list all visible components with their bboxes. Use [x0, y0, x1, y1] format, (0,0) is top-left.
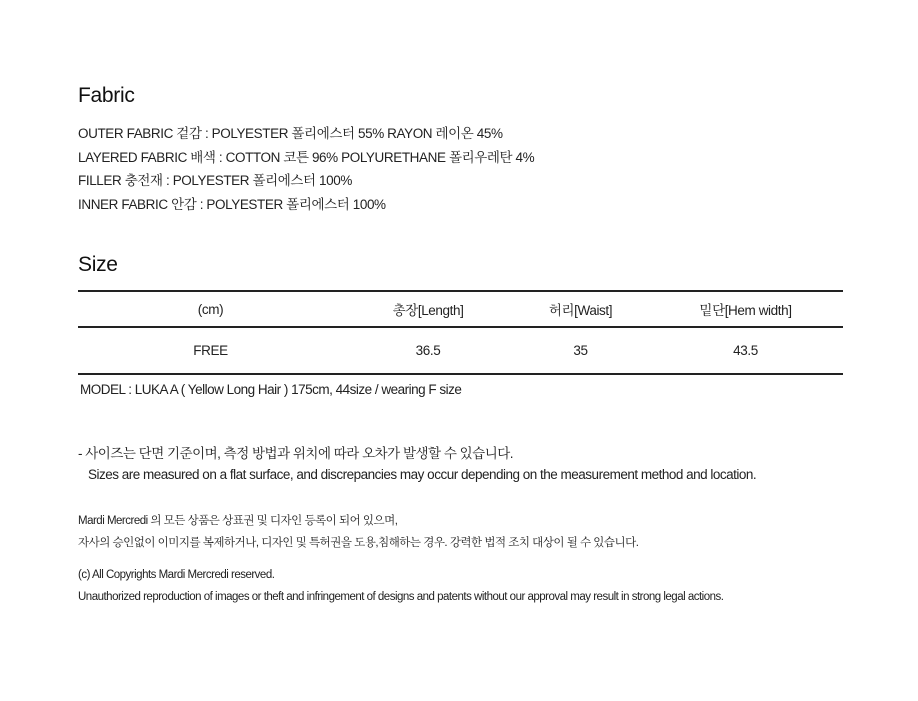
cell-size: FREE [78, 327, 343, 374]
model-info: MODEL : LUKA A ( Yellow Long Hair ) 175c… [80, 382, 461, 397]
legal-ko-line-1: Mardi Mercredi 의 모든 상품은 상표권 및 디자인 등록이 되어… [78, 510, 638, 532]
measurement-notice: - 사이즈는 단면 기준이며, 측정 방법과 위치에 따라 오차가 발생할 수 … [78, 444, 756, 485]
header-waist: 허리[Waist] [513, 291, 648, 327]
header-hem-width: 밑단[Hem width] [648, 291, 843, 327]
table-row: FREE 36.5 35 43.5 [78, 327, 843, 374]
fabric-composition-list: OUTER FABRIC 겉감 : POLYESTER 폴리에스터 55% RA… [78, 122, 534, 216]
legal-notice-english: (c) All Copyrights Mardi Mercredi reserv… [78, 564, 723, 608]
size-table: (cm) 총장[Length] 허리[Waist] 밑단[Hem width] … [78, 290, 843, 375]
notice-english: Sizes are measured on a flat surface, an… [78, 465, 756, 486]
legal-ko-line-2: 자사의 승인없이 이미지를 복제하거나, 디자인 및 특허권을 도용,침해하는 … [78, 532, 638, 554]
cell-hem-width: 43.5 [648, 327, 843, 374]
fabric-line-inner: INNER FABRIC 안감 : POLYESTER 폴리에스터 100% [78, 193, 534, 217]
cell-length: 36.5 [343, 327, 513, 374]
fabric-heading: Fabric [78, 84, 135, 108]
notice-korean: - 사이즈는 단면 기준이며, 측정 방법과 위치에 따라 오차가 발생할 수 … [78, 444, 756, 465]
fabric-line-layered: LAYERED FABRIC 배색 : COTTON 코튼 96% POLYUR… [78, 146, 534, 170]
legal-en-line-2: Unauthorized reproduction of images or t… [78, 586, 723, 608]
cell-waist: 35 [513, 327, 648, 374]
size-table-header-row: (cm) 총장[Length] 허리[Waist] 밑단[Hem width] [78, 291, 843, 327]
header-unit: (cm) [78, 291, 343, 327]
fabric-line-outer: OUTER FABRIC 겉감 : POLYESTER 폴리에스터 55% RA… [78, 122, 534, 146]
fabric-line-filler: FILLER 충전재 : POLYESTER 폴리에스터 100% [78, 169, 534, 193]
header-length: 총장[Length] [343, 291, 513, 327]
copyright-line: (c) All Copyrights Mardi Mercredi reserv… [78, 564, 723, 586]
size-heading: Size [78, 253, 118, 277]
legal-notice-korean: Mardi Mercredi 의 모든 상품은 상표권 및 디자인 등록이 되어… [78, 510, 638, 554]
